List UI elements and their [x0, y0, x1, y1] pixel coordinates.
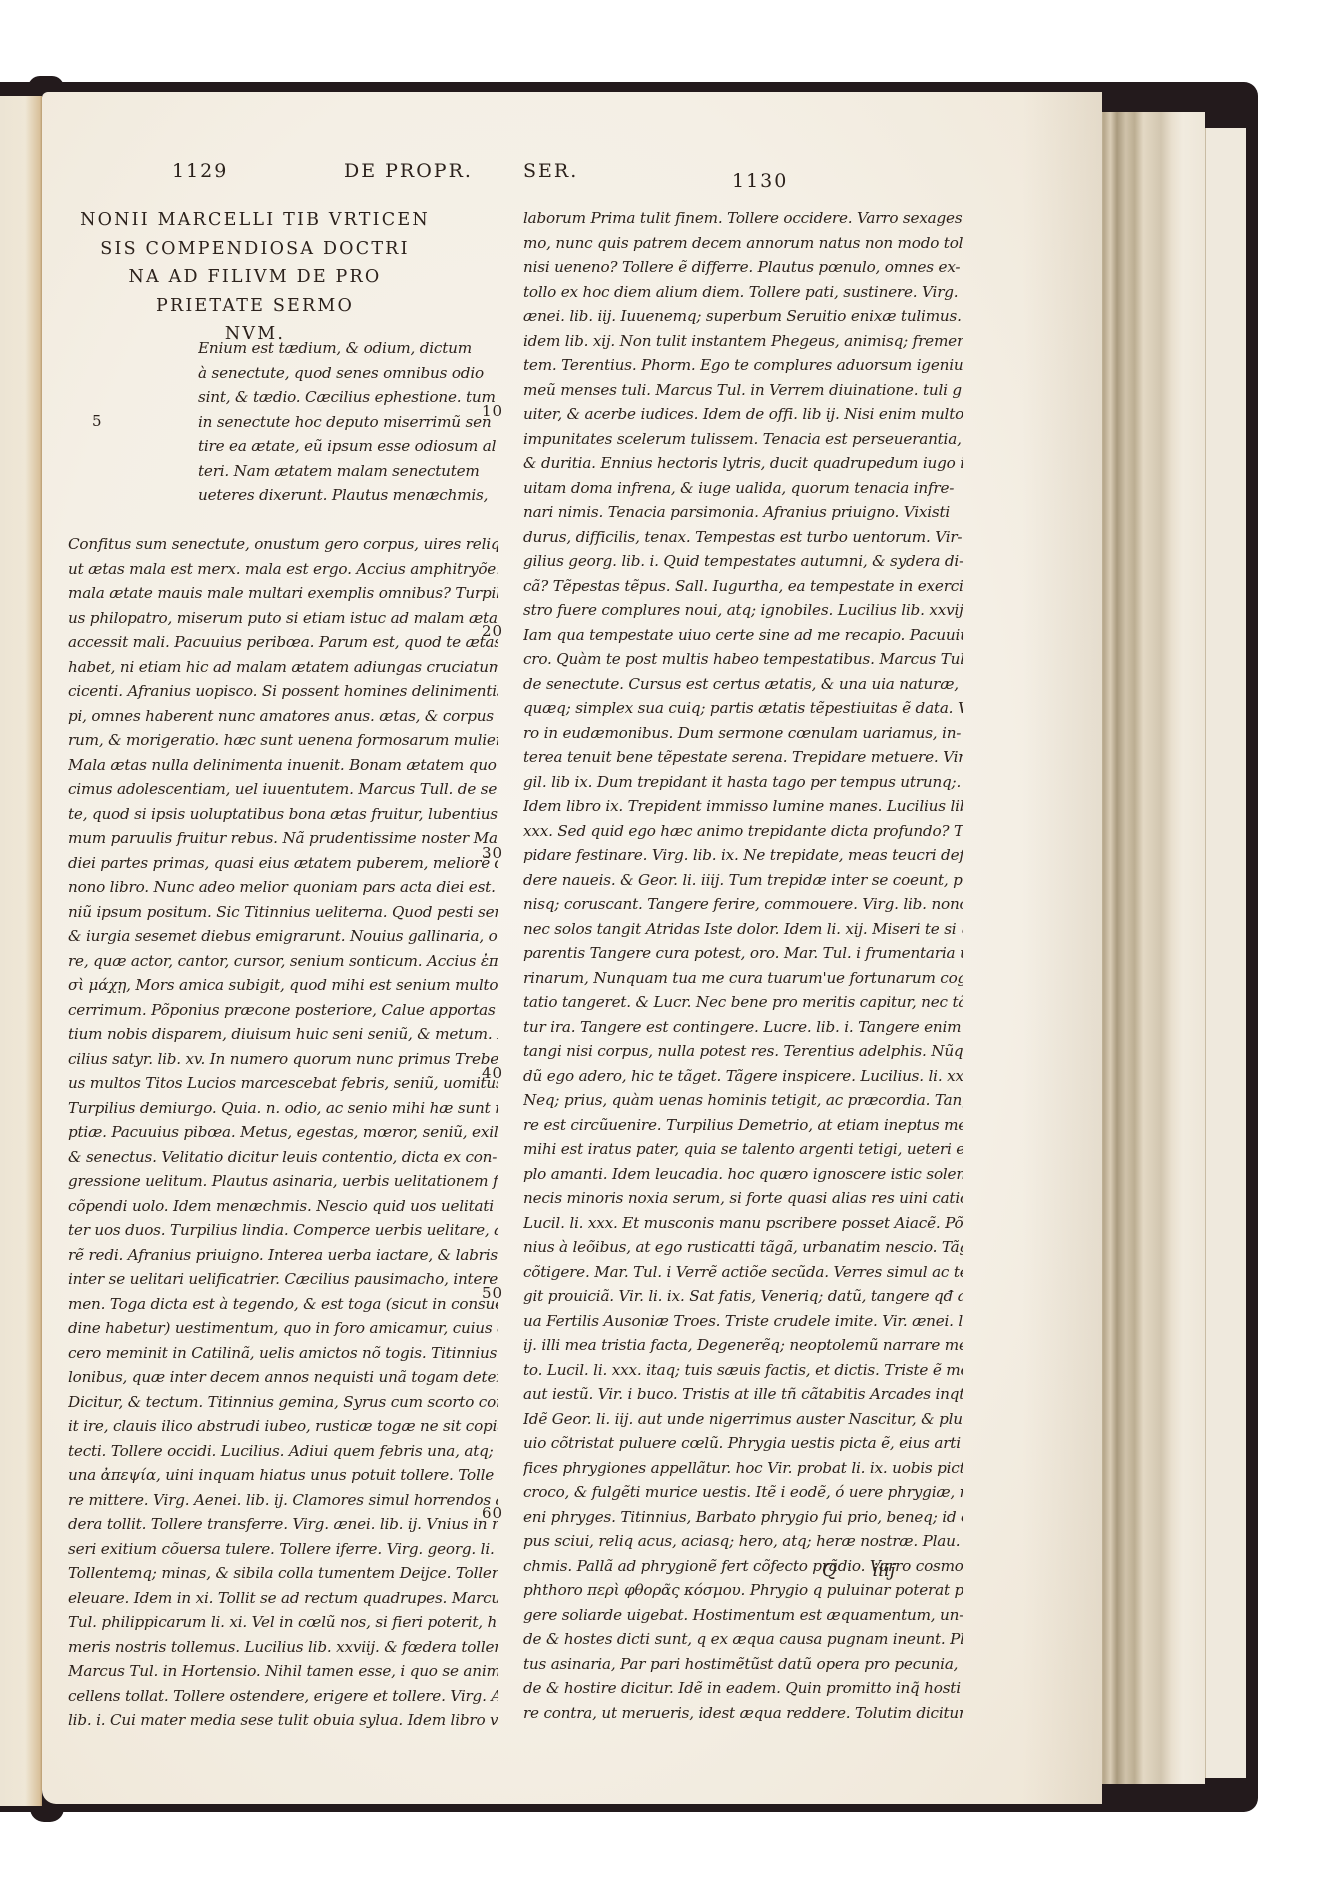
margin-line-mark: 5: [92, 412, 103, 430]
text-line: fices phrygiones appellãtur. hoc Vir. pr…: [523, 1456, 963, 1481]
running-title-left: DE PROPR.: [344, 160, 473, 182]
text-line: meũ menses tuli. Marcus Tul. in Verrem d…: [523, 378, 963, 403]
text-line: Tul. philippicarum li. xi. Vel in cœlũ n…: [68, 1610, 498, 1635]
text-line: cõpendi uolo. Idem menæchmis. Nescio qui…: [68, 1194, 498, 1219]
text-line: inter se uelitari uelificatrier. Cæciliu…: [68, 1267, 498, 1292]
title-line: NONII MARCELLI TIB VRTICEN: [80, 206, 430, 235]
text-line: cro. Quàm te post multis habeo tempestat…: [523, 647, 963, 672]
text-line: Mala ætas nulla delinimenta inuenit. Bon…: [68, 753, 498, 778]
text-line: una ἀπεψία, uini inquam hiatus unus potu…: [68, 1463, 498, 1488]
text-line: σὶ μάχῃ, Mors amica subigit, quod mihi e…: [68, 973, 498, 998]
text-line: ua Fertilis Ausoniæ Troes. Triste crudel…: [523, 1309, 963, 1334]
text-line: re mittere. Virg. Aenei. lib. ij. Clamor…: [68, 1488, 498, 1513]
title-line: NA AD FILIVM DE PRO: [80, 263, 430, 292]
text-line: plo amanti. Idem leucadia. hoc quæro ign…: [523, 1162, 963, 1187]
text-line: Enium est tædium, & odium, dictum: [198, 336, 498, 361]
text-line: re contra, ut merueris, idest æqua redde…: [523, 1701, 963, 1726]
text-line: nec solos tangit Atridas Iste dolor. Ide…: [523, 917, 963, 942]
text-line: ro in eudæmonibus. Dum sermone cœnulam u…: [523, 721, 963, 746]
text-line: cimus adolescentiam, uel iuuentutem. Mar…: [68, 777, 498, 802]
text-line: Idẽ Geor. li. iij. aut unde nigerrimus a…: [523, 1407, 963, 1432]
text-line: aut iestũ. Vir. i buco. Tristis at ille …: [523, 1382, 963, 1407]
left-column-indented-text: Enium est tædium, & odium, dictumà senec…: [198, 336, 498, 508]
fore-edge-page-block: [1095, 112, 1205, 1784]
text-line: ij. illi mea tristia facta, Degenerẽq; n…: [523, 1333, 963, 1358]
text-line: mum paruulis fruitur rebus. Nã prudentis…: [68, 826, 498, 851]
text-line: tus asinaria, Par pari hostimẽtũst datũ …: [523, 1652, 963, 1677]
text-line: stro fuere complures noui, atq; ignobile…: [523, 598, 963, 623]
text-line: eleuare. Idem in xi. Tollit se ad rectum…: [68, 1586, 498, 1611]
signature-number: iiij: [873, 1560, 896, 1581]
text-line: phthoro περὶ φθορᾶς κόσμου. Phrygio q pu…: [523, 1578, 963, 1603]
text-line: Marcus Tul. in Hortensio. Nihil tamen es…: [68, 1659, 498, 1684]
text-line: necis minoris noxia serum, si forte quas…: [523, 1186, 963, 1211]
text-line: nisi ueneno? Tollere ẽ differre. Plautus…: [523, 255, 963, 280]
left-page-edge: [0, 96, 42, 1806]
text-line: Neq; prius, quàm uenas hominis tetigit, …: [523, 1088, 963, 1113]
text-line: re est circũuenire. Turpilius Demetrio, …: [523, 1113, 963, 1138]
text-line: tollo ex hoc diem alium diem. Tollere pa…: [523, 280, 963, 305]
text-line: pi, omnes haberent nunc amatores anus. æ…: [68, 704, 498, 729]
text-line: mala ætate mauis male multari exemplis o…: [68, 581, 498, 606]
text-line: Confitus sum senectute, onustum gero cor…: [68, 532, 498, 557]
page-number-right: 1130: [732, 170, 788, 192]
text-line: & senectus. Velitatio dicitur leuis cont…: [68, 1145, 498, 1170]
text-line: & duritia. Ennius hectoris lytris, ducit…: [523, 451, 963, 476]
text-line: ænei. lib. iij. Iuuenemq; superbum Serui…: [523, 304, 963, 329]
line-number: 40: [482, 1064, 503, 1082]
text-line: lonibus, quæ inter decem annos nequisti …: [68, 1365, 498, 1390]
text-line: tium nobis disparem, diuisum huic seni s…: [68, 1022, 498, 1047]
right-column-text: laborum Prima tulit finem. Tollere occid…: [523, 206, 963, 1725]
text-line: tatio tangeret. & Lucr. Nec bene pro mer…: [523, 990, 963, 1015]
title-line: PRIETATE SERMO: [80, 292, 430, 321]
text-line: gilius georg. lib. i. Quid tempestates a…: [523, 549, 963, 574]
text-line: habet, ni etiam hic ad malam ætatem adiu…: [68, 655, 498, 680]
text-line: it ire, clauis ilico abstrudi iubeo, rus…: [68, 1414, 498, 1439]
signature-letter: Q: [822, 1560, 837, 1581]
text-line: to. Lucil. li. xxx. itaq; tuis sæuis fac…: [523, 1358, 963, 1383]
text-line: rum, & morigeratio. hæc sunt uenena form…: [68, 728, 498, 753]
text-line: nius à leõibus, at ego rusticatti tãgã, …: [523, 1235, 963, 1260]
text-line: te, quod si ipsis uoluptatibus bona ætas…: [68, 802, 498, 827]
text-line: de & hostire dicitur. Idẽ in eadem. Quin…: [523, 1676, 963, 1701]
text-line: nisq; coruscant. Tangere ferire, commoue…: [523, 892, 963, 917]
text-line: de & hostes dicti sunt, q ex æqua causa …: [523, 1627, 963, 1652]
text-line: ptiæ. Pacuuius pibœa. Metus, egestas, mœ…: [68, 1120, 498, 1145]
endpaper: [1205, 128, 1246, 1778]
text-line: ueteres dixerunt. Plautus menæchmis,: [198, 483, 498, 508]
left-column-text: Confitus sum senectute, onustum gero cor…: [68, 532, 498, 1733]
text-line: Turpilius demiurgo. Quia. n. odio, ac se…: [68, 1096, 498, 1121]
text-line: croco, & fulgẽti murice uestis. Itẽ i eo…: [523, 1480, 963, 1505]
text-line: accessit mali. Pacuuius peribœa. Parum e…: [68, 630, 498, 655]
line-number: 60: [482, 1504, 503, 1522]
text-line: sint, & tædio. Cæcilius ephestione. tum: [198, 385, 498, 410]
text-line: git prouiciã. Vir. li. ix. Sat fatis, Ve…: [523, 1284, 963, 1309]
text-line: us multos Titos Lucios marcescebat febri…: [68, 1071, 498, 1096]
text-line: diei partes primas, quasi eius ætatem pu…: [68, 851, 498, 876]
text-line: uiter, & acerbe iudices. Idem de offi. l…: [523, 402, 963, 427]
line-number: 50: [482, 1284, 503, 1302]
signature-mark: Q iiij: [822, 1560, 925, 1581]
text-line: cã? Tẽpestas tẽpus. Sall. Iugurtha, ea t…: [523, 574, 963, 599]
text-line: rẽ redi. Afranius priuigno. Interea uerb…: [68, 1243, 498, 1268]
text-line: Tollentemq; minas, & sibila colla tument…: [68, 1561, 498, 1586]
line-number: 20: [482, 622, 503, 640]
text-line: meris nostris tollemus. Lucilius lib. xx…: [68, 1635, 498, 1660]
text-line: re, quæ actor, cantor, cursor, senium so…: [68, 949, 498, 974]
page-number-left: 1129: [172, 160, 228, 182]
text-line: terea tenuit bene tẽpestate serena. Trep…: [523, 745, 963, 770]
text-line: tangi nisi corpus, nulla potest res. Ter…: [523, 1039, 963, 1064]
text-line: de senectute. Cursus est certus ætatis, …: [523, 672, 963, 697]
text-line: dine habetur) uestimentum, quo in foro a…: [68, 1316, 498, 1341]
text-line: niũ ipsum positum. Sic Titinnius ueliter…: [68, 900, 498, 925]
text-line: gil. lib ix. Dum trepidant it hasta tago…: [523, 770, 963, 795]
text-line: uitam doma infrena, & iuge ualida, quoru…: [523, 476, 963, 501]
text-line: lib. i. Cui mater media sese tulit obuia…: [68, 1708, 498, 1733]
text-line: cilius satyr. lib. xv. In numero quorum …: [68, 1047, 498, 1072]
text-line: Lucil. li. xxx. Et musconis manu pscribe…: [523, 1211, 963, 1236]
running-title-right: SER.: [523, 160, 578, 182]
text-line: tecti. Tollere occidi. Lucilius. Adiui q…: [68, 1439, 498, 1464]
text-line: quæq; simplex sua cuiq; partis ætatis tẽ…: [523, 696, 963, 721]
text-line: teri. Nam ætatem malam senectutem: [198, 459, 498, 484]
text-line: cerrimum. Põponius præcone posteriore, C…: [68, 998, 498, 1023]
line-number: 30: [482, 844, 503, 862]
text-line: nono libro. Nunc adeo melior quoniam par…: [68, 875, 498, 900]
text-line: rinarum, Nunquam tua me cura tuarum'ue f…: [523, 966, 963, 991]
text-line: Dicitur, & tectum. Titinnius gemina, Syr…: [68, 1390, 498, 1415]
text-line: durus, difficilis, tenax. Tempestas est …: [523, 525, 963, 550]
title-line: SIS COMPENDIOSA DOCTRI: [80, 235, 430, 264]
text-line: à senectute, quod senes omnibus odio: [198, 361, 498, 386]
text-line: gere soliarde uigebat. Hostimentum est æ…: [523, 1603, 963, 1628]
text-line: ut ætas mala est merx. mala est ergo. Ac…: [68, 557, 498, 582]
text-line: us philopatro, miserum puto si etiam ist…: [68, 606, 498, 631]
text-line: eni phryges. Titinnius, Barbato phrygio …: [523, 1505, 963, 1530]
text-line: cõtigere. Mar. Tul. i Verrẽ actiõe secũd…: [523, 1260, 963, 1285]
text-line: seri exitium cõuersa tulere. Tollere ife…: [68, 1537, 498, 1562]
text-line: impunitates scelerum tulissem. Tenacia e…: [523, 427, 963, 452]
text-line: gressione uelitum. Plautus asinaria, uer…: [68, 1169, 498, 1194]
text-line: tire ea ætate, eũ ipsum esse odiosum al: [198, 434, 498, 459]
text-line: pus sciui, reliq acus, aciasq; hero, atq…: [523, 1529, 963, 1554]
text-line: dũ ego adero, hic te tãget. Tãgere inspi…: [523, 1064, 963, 1089]
text-line: tur ira. Tangere est contingere. Lucre. …: [523, 1015, 963, 1040]
text-line: mo, nunc quis patrem decem annorum natus…: [523, 231, 963, 256]
text-line: uio cõtristat puluere cœlũ. Phrygia uest…: [523, 1431, 963, 1456]
text-line: dere naueis. & Geor. li. iiij. Tum trepi…: [523, 868, 963, 893]
text-line: nari nimis. Tenacia parsimonia. Afranius…: [523, 500, 963, 525]
text-line: Idem libro ix. Trepident immisso lumine …: [523, 794, 963, 819]
text-line: cicenti. Afranius uopisco. Si possent ho…: [68, 679, 498, 704]
text-line: in senectute hoc deputo miserrimũ sen: [198, 410, 498, 435]
text-line: cero meminit in Catilinã, uelis amictos …: [68, 1341, 498, 1366]
chapter-title: NONII MARCELLI TIB VRTICEN SIS COMPENDIO…: [80, 206, 430, 349]
text-line: cellens tollat. Tollere ostendere, erige…: [68, 1684, 498, 1709]
text-line: tem. Terentius. Phorm. Ego te complures …: [523, 353, 963, 378]
text-line: dera tollit. Tollere transferre. Virg. æ…: [68, 1512, 498, 1537]
text-line: ter uos duos. Turpilius lindia. Comperce…: [68, 1218, 498, 1243]
text-line: Iam qua tempestate uiuo certe sine ad me…: [523, 623, 963, 648]
text-line: xxx. Sed quid ego hæc animo trepidante d…: [523, 819, 963, 844]
text-line: mihi est iratus pater, quia se talento a…: [523, 1137, 963, 1162]
text-line: laborum Prima tulit finem. Tollere occid…: [523, 206, 963, 231]
text-line: idem lib. xij. Non tulit instantem Phege…: [523, 329, 963, 354]
text-line: men. Toga dicta est à tegendo, & est tog…: [68, 1292, 498, 1317]
line-number: 10: [482, 402, 503, 420]
text-line: & iurgia sesemet diebus emigrarunt. Noui…: [68, 924, 498, 949]
text-line: pidare festinare. Virg. lib. ix. Ne trep…: [523, 843, 963, 868]
text-line: parentis Tangere cura potest, oro. Mar. …: [523, 941, 963, 966]
